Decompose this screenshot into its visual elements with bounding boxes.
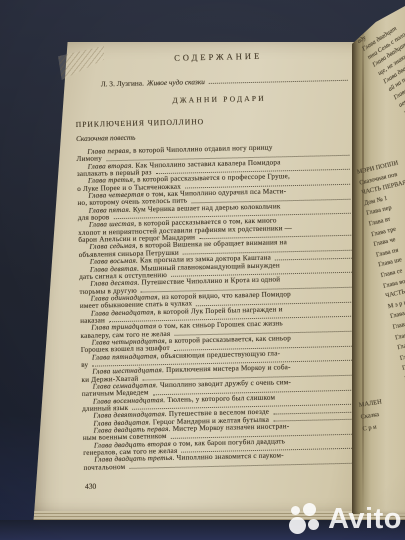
preface-author: Л. З. Лузгина. xyxy=(101,78,144,88)
facing-page: Глава двадцатадуГлава двадцаттка Семь с … xyxy=(352,0,405,514)
dot-leader xyxy=(209,79,348,84)
contents-heading: СОДЕРЖАНИЕ xyxy=(74,43,362,65)
dot-leader xyxy=(275,256,352,260)
facing-page-text-bottom: МАЛЕНСказкаС р и xyxy=(358,396,387,435)
page-crease xyxy=(362,0,364,514)
facing-page-line: С р и xyxy=(362,420,387,435)
page-content: СОДЕРЖАНИЕ Л. З. Лузгина. Живое чудо ска… xyxy=(74,43,372,491)
avito-logo-text: Avito xyxy=(328,505,402,534)
toc-entries: Глава первая, в которой Чиполлино отдави… xyxy=(76,142,371,472)
author-heading: ДЖАННИ РОДАРИ xyxy=(75,91,363,107)
contents-page: СОДЕРЖАНИЕ Л. З. Лузгина. Живое чудо ска… xyxy=(28,42,405,520)
avito-logo-icon xyxy=(289,503,323,535)
avito-watermark: Avito xyxy=(289,503,402,535)
folio-number: 430 xyxy=(84,475,372,491)
book-subtitle: Сказочная повесть xyxy=(76,127,364,143)
dot-leader xyxy=(129,462,356,469)
toc-entry: Глава двадцать третья. Чиполлино знакоми… xyxy=(83,451,371,472)
preface-title: Живое чудо сказки xyxy=(147,77,205,87)
book-title: ПРИКЛЮЧЕНИЯ ЧИПОЛЛИНО xyxy=(76,113,364,129)
book-photo: СОДЕРЖАНИЕ Л. З. Лузгина. Живое чудо ска… xyxy=(0,0,405,540)
preface-entry: Л. З. Лузгина. Живое чудо сказки 3 xyxy=(75,73,363,89)
